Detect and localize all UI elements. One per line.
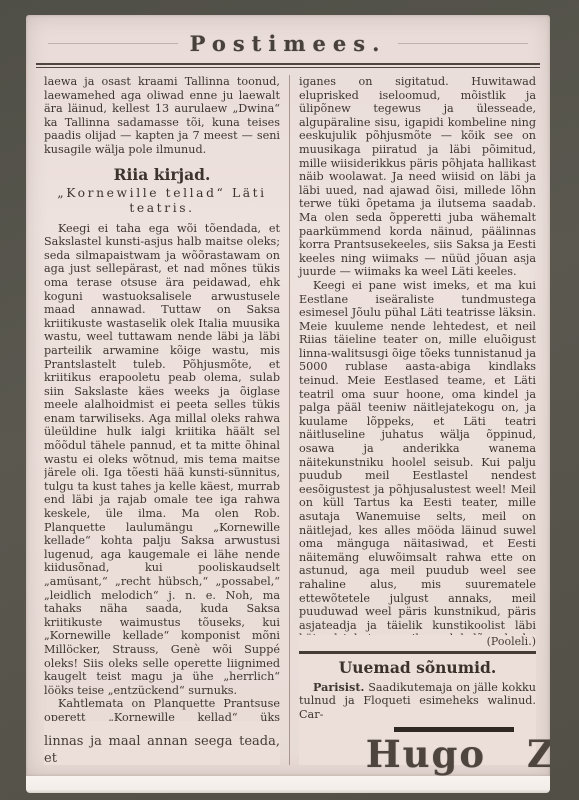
left-column: laewa ja osast kraami Tallinna toonud, l… bbox=[44, 75, 290, 765]
masthead: Postimees. bbox=[26, 15, 550, 60]
left-column-bottom: linnas ja maal annan seega teada, et bbox=[44, 721, 280, 765]
news-paragraph: Parisist. Saadikutemaja on jälle kokku t… bbox=[299, 681, 536, 722]
article-heading: Riia kirjad. bbox=[44, 165, 280, 184]
article-subheading: „Kornewille tellad“ Läti teatris. bbox=[44, 186, 280, 217]
news-section-heading: Uuemad sõnumid. bbox=[299, 658, 536, 677]
right-column: iganes on sigitatud. Huwitawad elupriske… bbox=[290, 75, 536, 765]
masthead-left-rule bbox=[48, 43, 178, 44]
masthead-right-rule bbox=[398, 43, 528, 44]
article-paragraph: Keegi ei taha ega wõi tõendada, et Saksl… bbox=[44, 222, 280, 698]
newspaper-page: Postimees. laewa ja osast kraami Tallinn… bbox=[26, 15, 550, 776]
left-top-fragment: laewa ja osast kraami Tallinna toonud, l… bbox=[44, 75, 280, 157]
section-rule bbox=[299, 651, 536, 654]
article-subheading-line2: teatris. bbox=[44, 201, 280, 217]
article-paragraph: iganes on sigitatud. Huwitawad elupriske… bbox=[299, 75, 536, 279]
page-bottom-fragment: linnas ja maal annan seega teada, et bbox=[44, 733, 280, 765]
news-dateline: Parisist. bbox=[313, 680, 364, 694]
columns: laewa ja osast kraami Tallinna toonud, l… bbox=[26, 68, 550, 765]
article-subheading-line1: „Kornewille tellad“ Läti bbox=[44, 186, 280, 202]
masthead-title: Postimees. bbox=[190, 31, 387, 56]
page-edge bbox=[26, 776, 550, 793]
advertisement-text: Hugo Z bbox=[299, 734, 550, 774]
right-column-bottom: (Pooleli.) Uuemad sõnumid. Parisist. Saa… bbox=[299, 635, 536, 765]
newspaper-scan-photo: { "colors": { "paper": "#ecdfda", "frame… bbox=[0, 0, 579, 800]
continuation-marker: (Pooleli.) bbox=[299, 635, 536, 648]
advertisement-fragment: Hugo Z bbox=[299, 727, 536, 774]
